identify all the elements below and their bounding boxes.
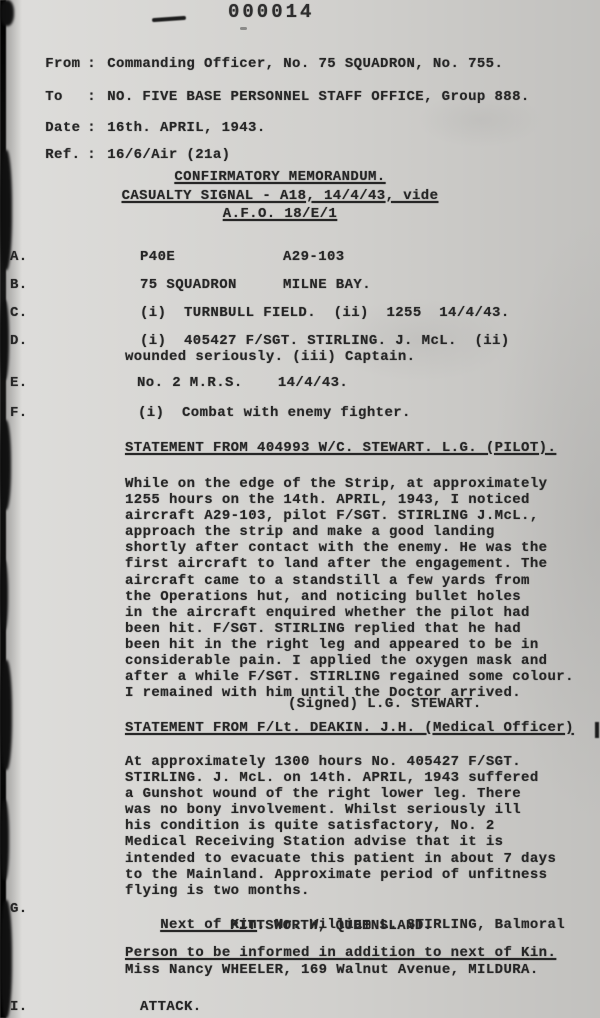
section-f-text: (i) Combat with enemy fighter.: [138, 405, 411, 421]
field-value: 16/6/Air (21a): [107, 147, 230, 163]
medical-statement-body: At approximately 1300 hours No. 405427 F…: [125, 754, 556, 899]
pen-dash-mark: [152, 16, 186, 22]
scan-speck: [240, 27, 247, 30]
medical-statement-heading: STATEMENT FROM F/Lt. DEAKIN. J.H. (Medic…: [125, 720, 574, 736]
field-value: Commanding Officer, No. 75 SQUADRON, No.…: [107, 56, 503, 72]
section-letter-a: A.: [10, 249, 28, 265]
statement-line: aircraft came to a standstill a few yard…: [125, 573, 574, 589]
statement-line: approach the strip and make a good landi…: [125, 524, 574, 540]
field-colon: :: [87, 147, 107, 163]
statement-line: to the Mainland. Approximate period of u…: [125, 867, 556, 883]
title-line-3: A.F.O. 18/E/1: [223, 206, 337, 222]
statement-line: flying is two months.: [125, 883, 556, 899]
section-b-location: MILNE BAY.: [283, 277, 371, 293]
section-e-text: No. 2 M.R.S. 14/4/43.: [137, 375, 348, 391]
scan-blotch: [0, 420, 11, 510]
page-stamp-number: 000014: [228, 1, 314, 23]
scan-blotch: [0, 0, 14, 26]
statement-line: considerable pain. I applied the oxygen …: [125, 653, 574, 669]
section-a-aircraft-type: P40E: [140, 249, 175, 265]
section-letter-f: F.: [10, 405, 28, 421]
pilot-statement-heading: STATEMENT FROM 404993 W/C. STEWART. L.G.…: [125, 440, 556, 456]
statement-line: been hit in the right leg and appeared t…: [125, 637, 574, 653]
section-letter-g: G.: [10, 901, 28, 917]
statement-line: aircraft A29-103, pilot F/SGT. STIRLING …: [125, 508, 574, 524]
field-label: Ref.: [45, 147, 87, 163]
next-of-kin-address: PITTSWORTH, QUEENSLAND.: [230, 918, 432, 934]
statement-line: STIRLING. J. McL. on 14th. APRIL, 1943 s…: [125, 770, 556, 786]
field-colon: :: [87, 56, 107, 72]
scan-blotch: [0, 800, 9, 880]
section-letter-e: E.: [10, 375, 28, 391]
section-d-line-1: (i) 405427 F/SGT. STIRLING. J. McL. (ii): [140, 333, 510, 349]
field-label: To: [45, 89, 87, 105]
section-letter-b: B.: [10, 277, 28, 293]
scan-right-mark: [595, 722, 599, 738]
field-colon: :: [87, 89, 107, 105]
scanned-memo-page: 000014 From:Commanding Officer, No. 75 S…: [0, 0, 600, 1018]
statement-line: shortly after contact with the enemy. He…: [125, 540, 574, 556]
statement-line: 1255 hours on the 14th. APRIL, 1943, I n…: [125, 492, 574, 508]
section-b-squadron: 75 SQUADRON: [140, 277, 237, 293]
statement-line: intended to evacuate this patient in abo…: [125, 851, 556, 867]
person-informed-value: Miss Nancy WHEELER, 169 Walnut Avenue, M…: [125, 962, 539, 978]
section-a-aircraft-serial: A29-103: [283, 249, 345, 265]
statement-line: At approximately 1300 hours No. 405427 F…: [125, 754, 556, 770]
statement-line: the Operations hut, and noticing bullet …: [125, 589, 574, 605]
scan-blotch: [0, 560, 8, 630]
statement-line: Medical Receiving Station advise that it…: [125, 834, 556, 850]
statement-line: was no bony involvement. Whilst seriousl…: [125, 802, 556, 818]
statement-line: in the aircraft enquired whether the pil…: [125, 605, 574, 621]
section-d-line-2: wounded seriously. (iii) Captain.: [125, 349, 415, 365]
section-letter-d: D.: [10, 333, 28, 349]
section-letter-i: I.: [10, 999, 28, 1015]
statement-line: a Gunshot wound of the right lower leg. …: [125, 786, 556, 802]
title-line-2: CASUALTY SIGNAL - A18, 14/4/43, vide: [122, 188, 439, 204]
section-c-text: (i) TURNBULL FIELD. (ii) 1255 14/4/43.: [140, 305, 510, 321]
scan-blotch: [0, 300, 9, 380]
field-label: From: [45, 56, 87, 72]
section-letter-c: C.: [10, 305, 28, 321]
statement-line: his condition is quite satisfactory, No.…: [125, 818, 556, 834]
pilot-statement-signature: (Signed) L.G. STEWART.: [288, 696, 482, 712]
statement-line: after a while F/SGT. STIRLING regained s…: [125, 669, 574, 685]
statement-line: been hit. F/SGT. STIRLING replied that h…: [125, 621, 574, 637]
field-value: NO. FIVE BASE PERSONNEL STAFF OFFICE, Gr…: [107, 89, 529, 105]
title-line-1: CONFIRMATORY MEMORANDUM.: [174, 169, 385, 185]
statement-line: first aircraft to land after the engagem…: [125, 556, 574, 572]
section-i-text: ATTACK.: [140, 999, 202, 1015]
scan-blotch: [0, 660, 12, 770]
statement-line: While on the edge of the Strip, at appro…: [125, 476, 574, 492]
pilot-statement-body: While on the edge of the Strip, at appro…: [125, 476, 574, 701]
memo-title: CONFIRMATORY MEMORANDUM. CASUALTY SIGNAL…: [60, 168, 500, 224]
person-informed-label: Person to be informed in addition to nex…: [125, 945, 556, 961]
